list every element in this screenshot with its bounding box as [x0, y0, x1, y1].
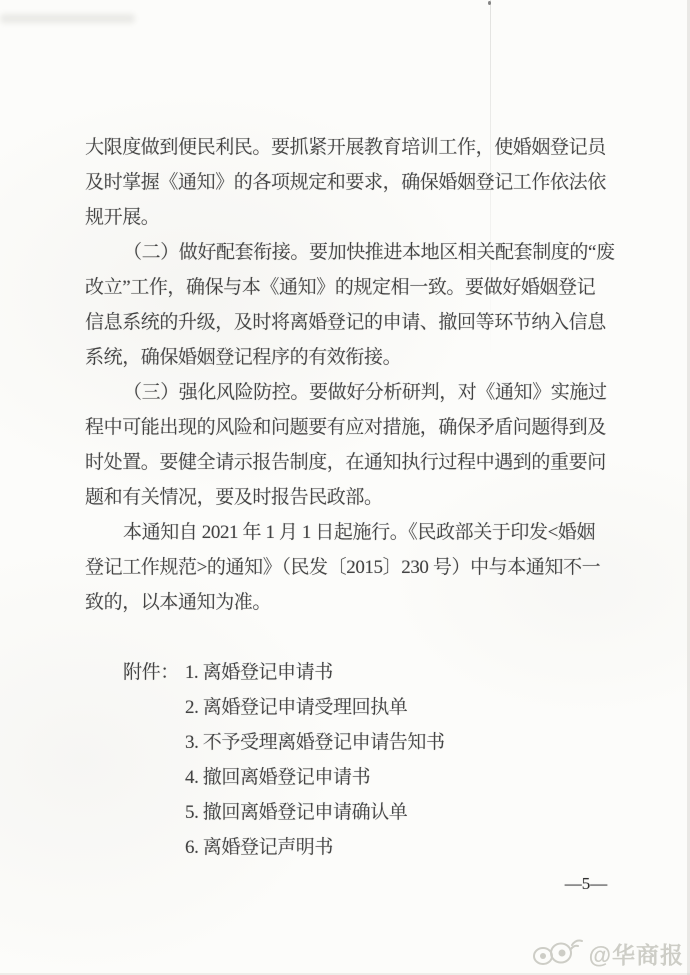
document-text-line: 信息系统的升级，及时将离婚登记的申请、撤回等环节纳入信息: [85, 305, 630, 340]
document-text-line: 题和有关情况，要及时报告民政部。: [85, 480, 630, 515]
attachment-item: 3. 不予受理离婚登记申请告知书: [85, 725, 630, 760]
attachment-item: 4. 撤回离婚登记申请书: [85, 760, 630, 795]
watermark-account-text: @华商报: [589, 937, 684, 970]
document-text-line: 登记工作规范>的通知》（民发〔2015〕230 号）中与本通知不一: [85, 550, 630, 585]
document-text-line: 改立”工作，确保与本《通知》的规定相一致。要做好婚姻登记: [85, 270, 630, 305]
document-text-line: 本通知自 2021 年 1 月 1 日起施行。《民政部关于印发<婚姻: [85, 515, 630, 550]
scanned-document-page: 大限度做到便民利民。要抓紧开展教育培训工作，使婚姻登记员 及时掌握《通知》的各项…: [0, 0, 690, 975]
attachments-label: 附件：: [123, 662, 179, 683]
scan-smudge: [0, 14, 135, 23]
attachment-row: 附件：1. 离婚登记申请书: [85, 655, 630, 690]
weibo-watermark: @华商报: [530, 936, 684, 971]
paragraph: 大限度做到便民利民。要抓紧开展教育培训工作，使婚姻登记员 及时掌握《通知》的各项…: [85, 130, 630, 235]
attachment-item: 1. 离婚登记申请书: [185, 662, 333, 683]
paragraph: 本通知自 2021 年 1 月 1 日起施行。《民政部关于印发<婚姻 登记工作规…: [85, 515, 630, 620]
document-text-line: （二）做好配套衔接。要加快推进本地区相关配套制度的“废: [85, 235, 630, 270]
attachment-item: 2. 离婚登记申请受理回执单: [85, 690, 630, 725]
document-text-line: 时处置。要健全请示报告制度，在通知执行过程中遇到的重要问: [85, 445, 630, 480]
document-text-line: 程中可能出现的风险和问题要有应对措施，确保矛盾问题得到及: [85, 410, 630, 445]
document-text-line: 致的，以本通知为准。: [85, 585, 630, 620]
weibo-logo-icon: [530, 936, 584, 971]
paragraph: （二）做好配套衔接。要加快推进本地区相关配套制度的“废 改立”工作，确保与本《通…: [85, 235, 630, 375]
attachment-item: 6. 离婚登记声明书: [85, 830, 630, 865]
document-text-line: （三）强化风险防控。要做好分析研判，对《通知》实施过: [85, 375, 630, 410]
paragraph: （三）强化风险防控。要做好分析研判，对《通知》实施过 程中可能出现的风险和问题要…: [85, 375, 630, 515]
document-text-line: 系统，确保婚姻登记程序的有效衔接。: [85, 340, 630, 375]
attachment-item: 5. 撤回离婚登记申请确认单: [85, 795, 630, 830]
attachments-list: 附件：1. 离婚登记申请书 2. 离婚登记申请受理回执单 3. 不予受理离婚登记…: [85, 655, 630, 865]
page-number: —5—: [556, 872, 616, 896]
document-text-line: 及时掌握《通知》的各项规定和要求，确保婚姻登记工作依法依: [85, 165, 630, 200]
document-text-line: 规开展。: [85, 200, 630, 235]
document-text-line: 大限度做到便民利民。要抓紧开展教育培训工作，使婚姻登记员: [85, 130, 630, 165]
document-body: 大限度做到便民利民。要抓紧开展教育培训工作，使婚姻登记员 及时掌握《通知》的各项…: [85, 130, 630, 865]
